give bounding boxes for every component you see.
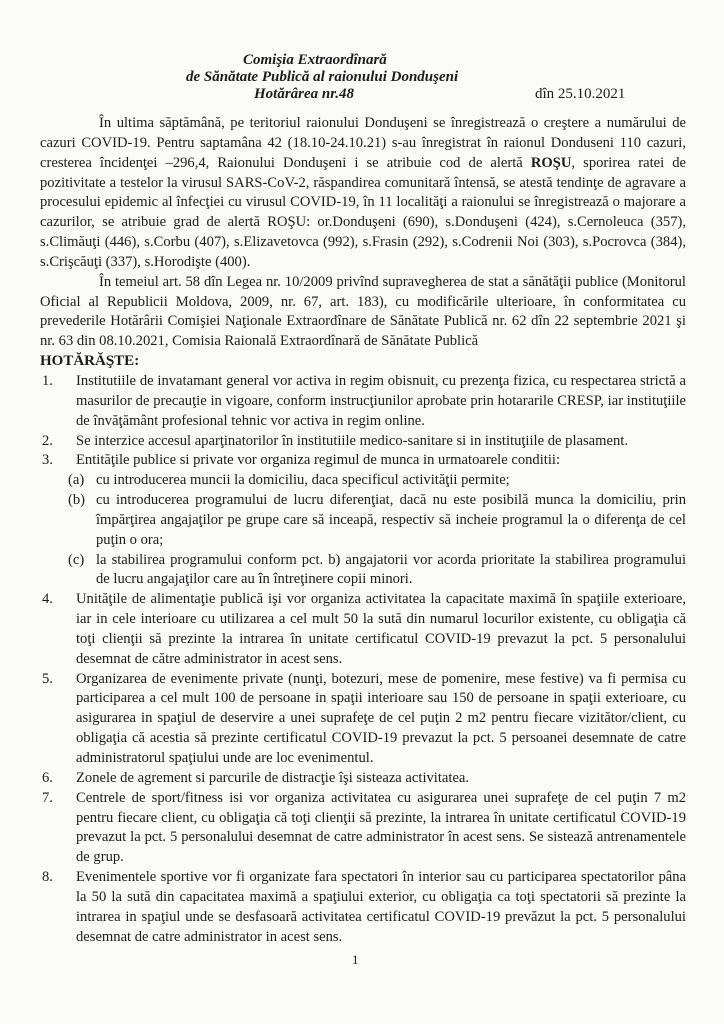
item-text: Centrele de sport/fitness isi vor organi… [76, 790, 686, 866]
item-number: 7. [42, 789, 53, 809]
decision-item-4: 4.Unităţile de alimentaţie publică işi v… [40, 590, 686, 669]
subitem-text: cu introducerea programului de lucru dif… [96, 492, 686, 548]
item-text: Entităţile publice si private vor organi… [76, 452, 560, 468]
item-number: 8. [42, 868, 53, 888]
item-number: 6. [42, 769, 53, 789]
item-number: 3. [42, 451, 53, 471]
intro-paragraph: În ultima săptămână, pe teritoriul raion… [40, 114, 686, 273]
page-number: 1 [352, 952, 359, 968]
resolve-heading: HOTĂRĂŞTE: [40, 352, 686, 372]
item-number: 5. [42, 670, 53, 690]
commission-title: Comişia Extraordînară [243, 52, 387, 69]
item-text: Organizarea de evenimente private (nunţi… [76, 671, 686, 766]
commission-subtitle: de Sănătate Publică al raionului Donduşe… [186, 69, 458, 86]
decision-item-6: 6.Zonele de agrement si parcurile de dis… [40, 769, 686, 789]
decision-item-5: 5.Organizarea de evenimente private (nun… [40, 670, 686, 769]
legal-basis-paragraph: În temeiul art. 58 dîn Legea nr. 10/2009… [40, 273, 686, 352]
document-page: Comişia Extraordînară de Sănătate Public… [0, 0, 724, 1024]
decision-item-3: 3.Entităţile publice si private vor orga… [40, 451, 686, 471]
item-text: Evenimentele sportive vor fi organizate … [76, 869, 686, 945]
item-number: 2. [42, 432, 53, 452]
item-text: Se interzice accesul aparţinatorilor în … [76, 433, 628, 449]
decision-items-continued: 4.Unităţile de alimentaţie publică işi v… [40, 590, 686, 947]
decision-number: Hotărârea nr.48 [254, 86, 354, 103]
decision-item-7: 7.Centrele de sport/fitness isi vor orga… [40, 789, 686, 868]
item-text: Institutiile de invatamant general vor a… [76, 373, 686, 429]
decision-item-1: 1.Institutiile de invatamant general vor… [40, 372, 686, 432]
item-3-subitems: (a)cu introducerea muncii la domiciliu, … [40, 471, 686, 590]
alert-code: ROŞU [531, 155, 572, 171]
intro-text-part2: , sporirea ratei de pozitivitate a teste… [40, 155, 686, 270]
subitem-label: (a) [68, 471, 84, 491]
document-body: În ultima săptămână, pe teritoriul raion… [40, 114, 686, 947]
item-number: 4. [42, 590, 53, 610]
subitem-label: (b) [68, 491, 85, 511]
item-text: Unităţile de alimentaţie publică işi vor… [76, 591, 686, 667]
subitem-text: la stabilirea programului conform pct. b… [96, 552, 686, 588]
item-text: Zonele de agrement si parcurile de distr… [76, 770, 469, 786]
item-number: 1. [42, 372, 53, 392]
decision-item-8: 8.Evenimentele sportive vor fi organizat… [40, 868, 686, 947]
subitem-b: (b)cu introducerea programului de lucru … [40, 491, 686, 551]
subitem-c: (c) la stabilirea programului conform pc… [40, 551, 686, 591]
subitem-label: (c) [68, 551, 84, 571]
decision-date: dîn 25.10.2021 [535, 86, 625, 103]
subitem-a: (a)cu introducerea muncii la domiciliu, … [40, 471, 686, 491]
decision-items: 1.Institutiile de invatamant general vor… [40, 372, 686, 471]
subitem-text: cu introducerea muncii la domiciliu, dac… [96, 472, 510, 488]
decision-item-2: 2.Se interzice accesul aparţinatorilor î… [40, 432, 686, 452]
